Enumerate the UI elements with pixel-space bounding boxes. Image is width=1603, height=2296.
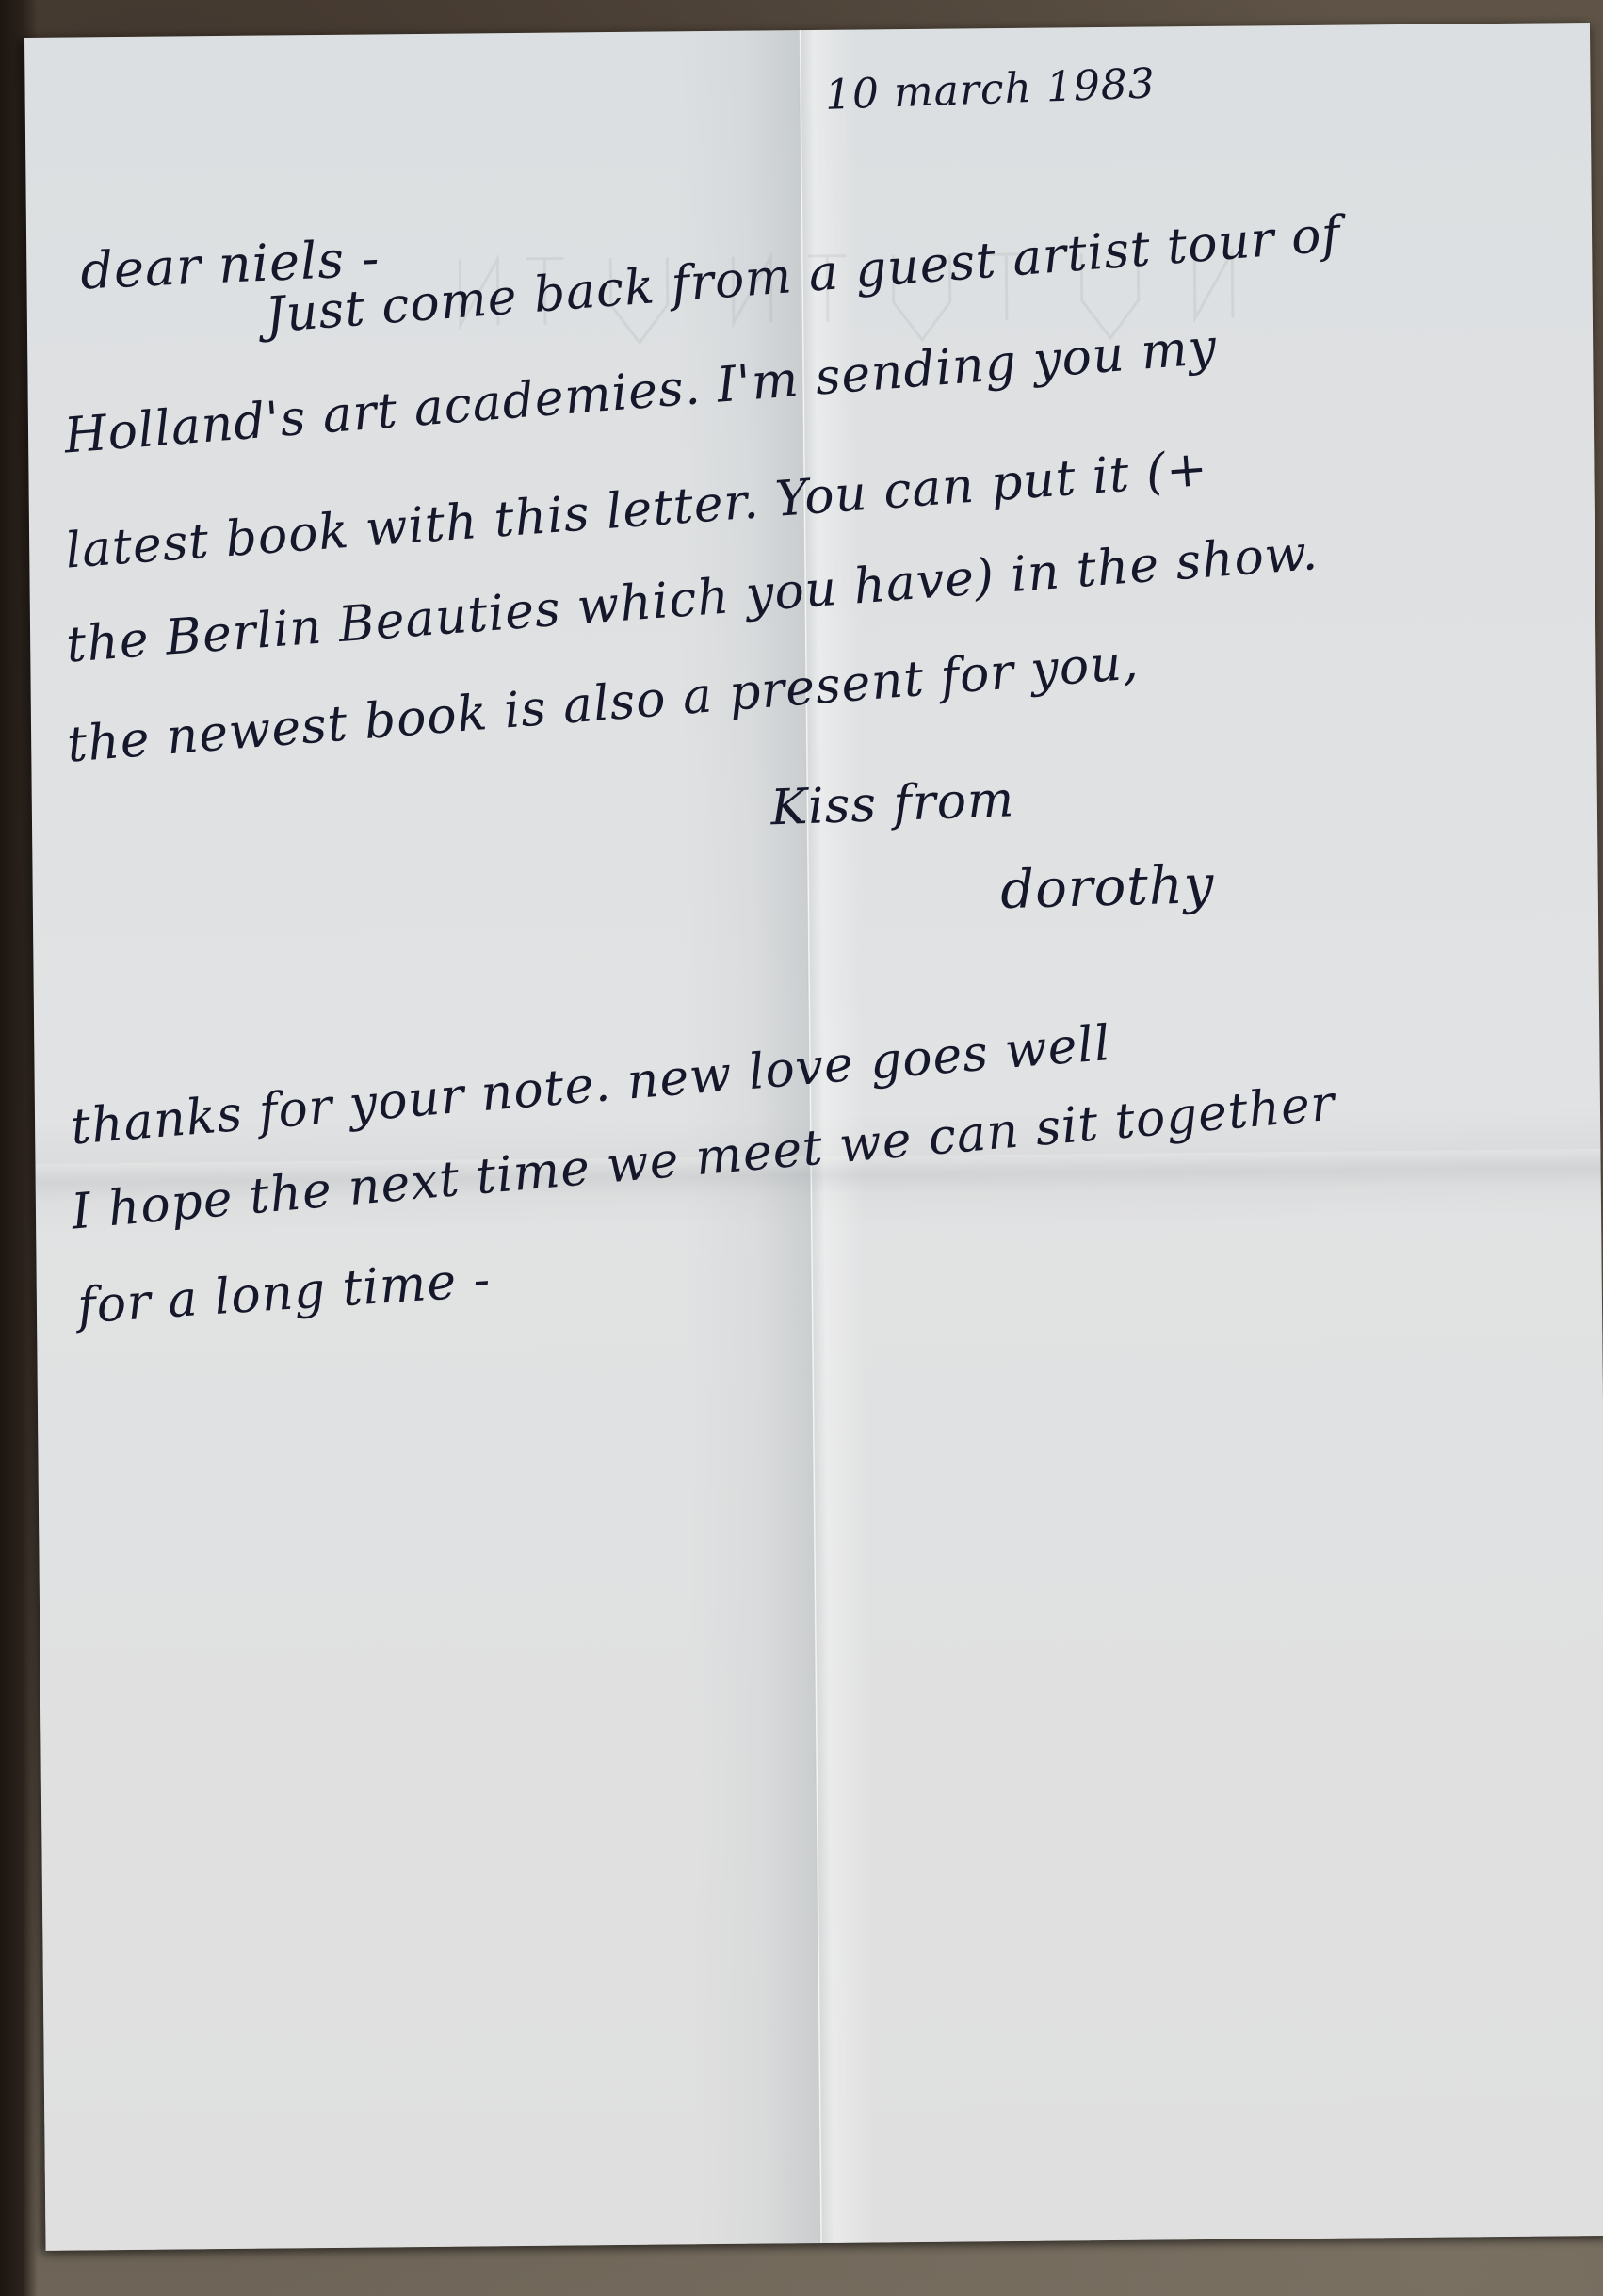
postscript-line: for a long time -: [76, 1255, 493, 1332]
letter-signature: dorothy: [999, 859, 1215, 917]
letter-closing: Kiss from: [769, 775, 1015, 833]
letter-date: 10 march 1983: [824, 63, 1156, 117]
letter-sheet: 10 march 1983 dear niels - Just come bac…: [24, 23, 1603, 2251]
